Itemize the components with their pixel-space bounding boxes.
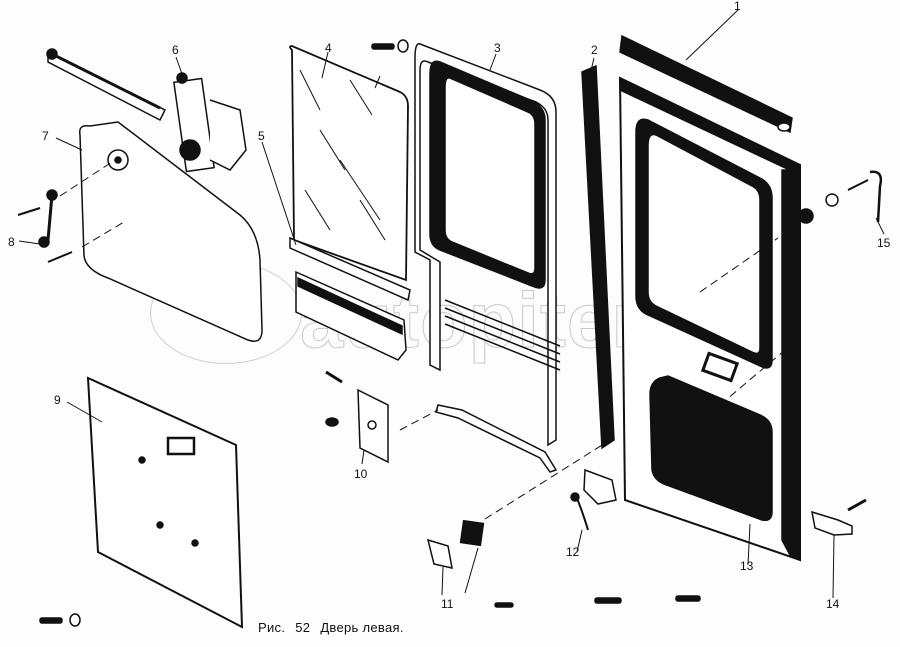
callout-8: 8: [8, 236, 15, 248]
callout-1: 1: [734, 0, 741, 12]
callout-12: 12: [566, 546, 579, 558]
callout-10: 10: [354, 468, 367, 480]
callout-6: 6: [172, 44, 179, 56]
part-14-hinge: [812, 500, 866, 535]
callout-5: 5: [258, 130, 265, 142]
part-3-window-frame: [415, 44, 560, 445]
callout-14: 14: [826, 598, 839, 610]
caption-title: Дверь левая.: [320, 620, 403, 635]
part-15-outer-handle: [799, 172, 881, 223]
part-12-lock-lever: [571, 470, 616, 530]
callout-9: 9: [54, 394, 61, 406]
parts-diagram: autopiter.ru: [0, 0, 900, 647]
caption-prefix: Рис.: [258, 620, 285, 635]
part-10-door-lock: [326, 372, 388, 462]
callout-11: 11: [441, 598, 453, 610]
callout-7: 7: [42, 130, 49, 142]
part-2-vertical-seal: [582, 66, 614, 448]
figure-caption: Рис.52Дверь левая.: [258, 620, 414, 635]
callout-3: 3: [494, 42, 501, 54]
callout-4: 4: [325, 42, 332, 54]
callout-15: 15: [877, 237, 890, 249]
part-8-crank-handle: [18, 190, 72, 262]
part-13-door-body: [620, 78, 800, 560]
connecting-rod: [436, 405, 556, 472]
diagram-drawing: [0, 0, 900, 647]
figure-number: 52: [295, 620, 310, 635]
callout-2: 2: [591, 44, 598, 56]
part-11-inner-handles: [428, 521, 483, 568]
callout-13: 13: [740, 560, 753, 572]
part-9-inner-panel: [88, 378, 242, 627]
